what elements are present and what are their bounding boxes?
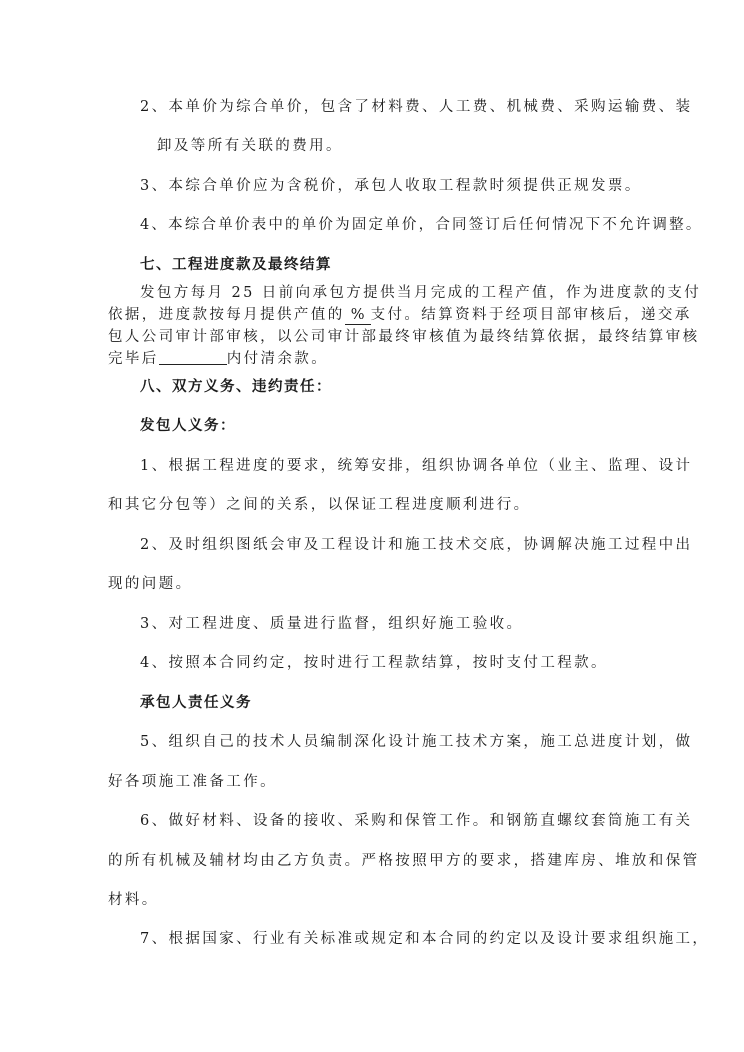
employer-item-1-line1: 1、根据工程进度的要求，统筹安排，组织协调各单位（业主、监理、设计 [140, 457, 692, 475]
employer-item-2-line1: 2、及时组织图纸会审及工程设计和施工技术交底，协调解决施工过程中出 [140, 536, 692, 554]
employer-obligations-heading: 发包人义务： [140, 417, 236, 435]
settlement-period-blank [159, 350, 227, 365]
employer-item-3: 3、对工程进度、质量进行监督，组织好施工验收。 [140, 615, 523, 633]
contractor-item-7-line1: 7、根据国家、行业有关标准或规定和本合同的约定以及设计要求组织施工， [140, 930, 709, 948]
section-7-para-line2: 依据，进度款按每月提供产值的%支付。结算资料于经项目部审核后，递交承 [108, 306, 692, 325]
section-7-para-line1: 发包方每月 25 日前向承包方提供当月完成的工程产值，作为进度款的支付 [140, 284, 701, 302]
pricing-item-2-line2: 卸及等所有关联的费用。 [157, 137, 343, 155]
section-7-heading: 七、工程进度款及最终结算 [140, 256, 332, 274]
contractor-item-5-line1: 5、组织自己的技术人员编制深化设计施工技术方案，施工总进度计划，做 [140, 733, 692, 751]
section-7-para-line3: 包人公司审计部审核，以公司审计部最终审核值为最终结算依据，最终结算审核 [108, 328, 700, 346]
para-line2-suffix: 支付。结算资料于经项目部审核后，递交承 [371, 307, 692, 323]
employer-item-1-line2: 和其它分包等）之间的关系，以保证工程进度顺利进行。 [108, 496, 531, 514]
payment-percent-field: % [345, 306, 371, 325]
contractor-item-6-line1: 6、做好材料、设备的接收、采购和保管工作。和钢筋直螺纹套筒施工有关 [140, 812, 692, 830]
para-line4-prefix: 完毕后 [108, 351, 159, 367]
pricing-item-4: 4、本综合单价表中的单价为固定单价，合同签订后任何情况下不允许调整。 [140, 216, 703, 234]
contractor-item-5-line2: 好各项施工准备工作。 [108, 773, 277, 791]
contractor-item-6-line2: 的所有机械及辅材均由乙方负责。严格按照甲方的要求，搭建库房、堆放和保管 [108, 852, 700, 870]
section-7-para-line4: 完毕后内付清余款。 [108, 350, 328, 368]
contractor-item-6-line3: 材料。 [108, 891, 159, 909]
section-8-heading: 八、双方义务、违约责任： [140, 378, 332, 396]
employer-item-4: 4、按照本合同约定，按时进行工程款结算，按时支付工程款。 [140, 654, 608, 672]
pricing-item-3: 3、本综合单价应为含税价，承包人收取工程款时须提供正规发票。 [140, 177, 642, 195]
employer-item-2-line2: 现的问题。 [108, 575, 193, 593]
contractor-obligations-heading: 承包人责任义务 [140, 694, 252, 712]
para-line2-prefix: 依据，进度款按每月提供产值的 [108, 307, 345, 323]
para-line4-suffix: 内付清余款。 [227, 351, 328, 367]
pricing-item-2-line1: 2、本单价为综合单价，包含了材料费、人工费、机械费、采购运输费、装 [140, 98, 692, 116]
